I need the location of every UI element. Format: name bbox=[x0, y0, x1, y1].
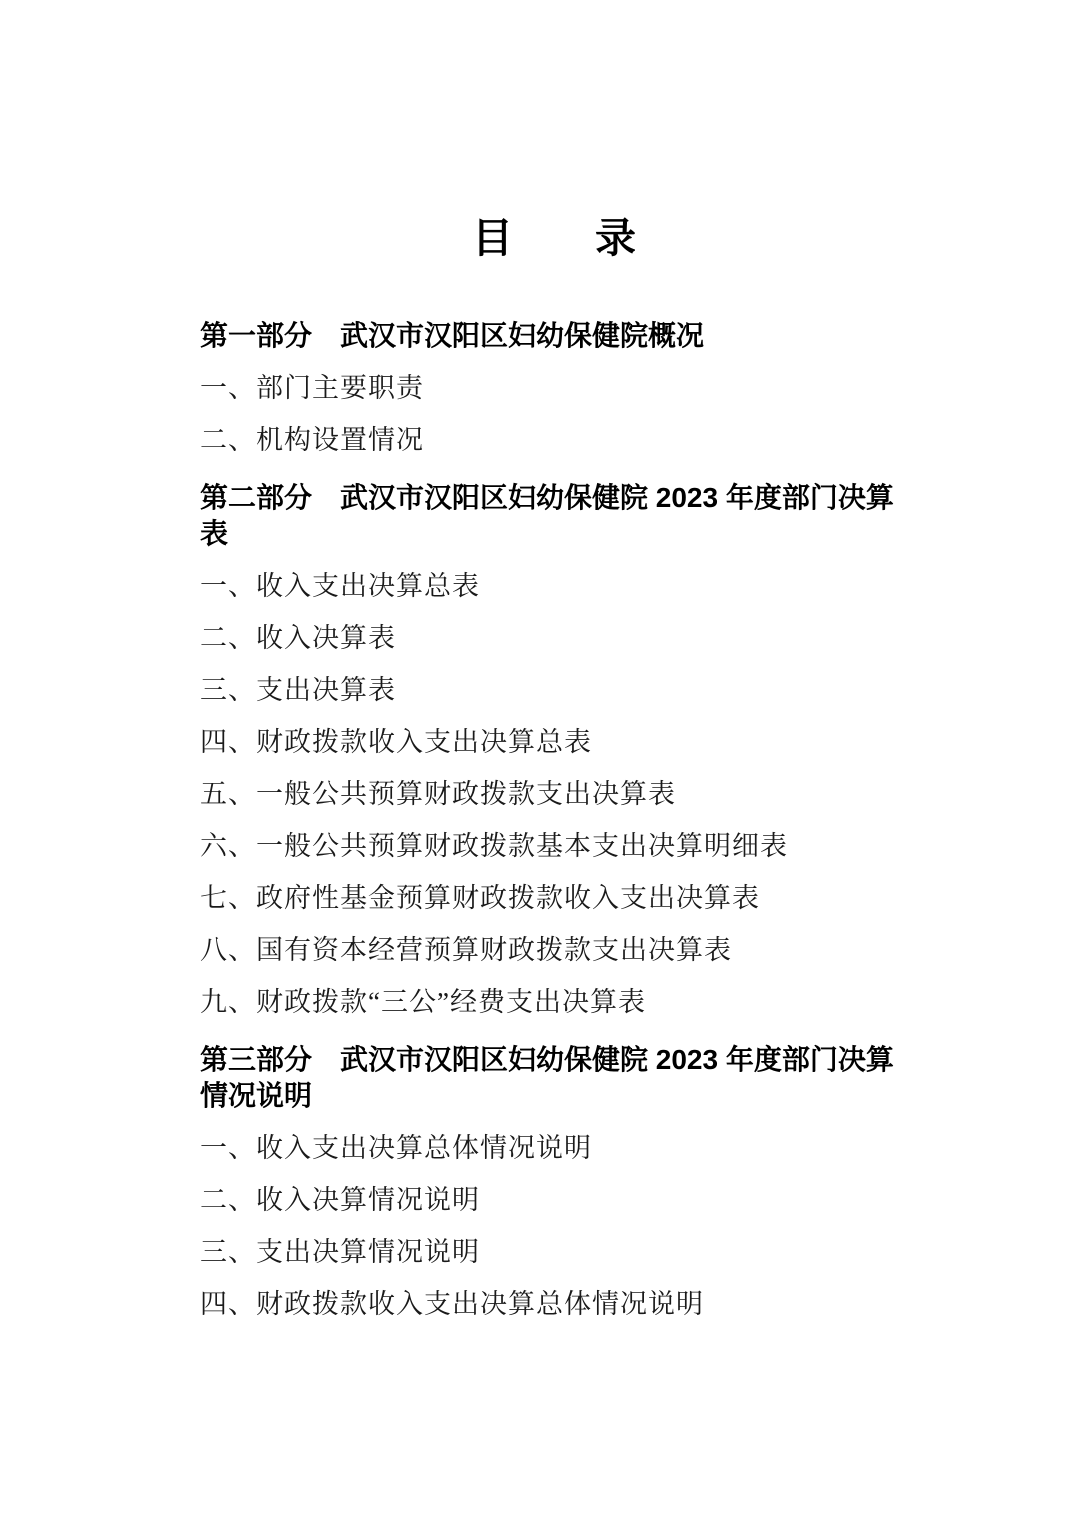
section-3-heading-line-1: 第三部分 武汉市汉阳区妇幼保健院 2023 年度部门决算 bbox=[200, 1042, 908, 1078]
section-1-heading: 第一部分 武汉市汉阳区妇幼保健院概况 bbox=[200, 318, 908, 354]
toc-item: 五、一般公共预算财政拨款支出决算表 bbox=[200, 776, 908, 812]
section-part-3: 第三部分 武汉市汉阳区妇幼保健院 2023 年度部门决算 情况说明 一、收入支出… bbox=[200, 1042, 908, 1322]
toc-item: 四、财政拨款收入支出决算总表 bbox=[200, 724, 908, 760]
toc-item: 二、收入决算表 bbox=[200, 620, 908, 656]
section-1-heading-line-1: 第一部分 武汉市汉阳区妇幼保健院概况 bbox=[200, 318, 908, 354]
section-3-heading-line-2: 情况说明 bbox=[200, 1078, 908, 1114]
section-2-heading-line-2: 表 bbox=[200, 516, 908, 552]
toc-item: 一、部门主要职责 bbox=[200, 370, 908, 406]
section-2-heading-line-1: 第二部分 武汉市汉阳区妇幼保健院 2023 年度部门决算 bbox=[200, 480, 908, 516]
toc-item: 三、支出决算情况说明 bbox=[200, 1234, 908, 1270]
document-page: 目 录 第一部分 武汉市汉阳区妇幼保健院概况 一、部门主要职责 二、机构设置情况… bbox=[0, 0, 1074, 1520]
toc-item: 二、机构设置情况 bbox=[200, 422, 908, 458]
toc-item: 八、国有资本经营预算财政拨款支出决算表 bbox=[200, 932, 908, 968]
toc-item: 四、财政拨款收入支出决算总体情况说明 bbox=[200, 1286, 908, 1322]
toc-item: 一、收入支出决算总体情况说明 bbox=[200, 1130, 908, 1166]
toc-item: 九、财政拨款“三公”经费支出决算表 bbox=[200, 984, 908, 1020]
toc-item: 六、一般公共预算财政拨款基本支出决算明细表 bbox=[200, 828, 908, 864]
toc-item: 七、政府性基金预算财政拨款收入支出决算表 bbox=[200, 880, 908, 916]
section-part-2: 第二部分 武汉市汉阳区妇幼保健院 2023 年度部门决算 表 一、收入支出决算总… bbox=[200, 480, 908, 1020]
page-title: 目 录 bbox=[200, 214, 908, 262]
section-3-heading: 第三部分 武汉市汉阳区妇幼保健院 2023 年度部门决算 情况说明 bbox=[200, 1042, 908, 1114]
toc-item: 二、收入决算情况说明 bbox=[200, 1182, 908, 1218]
toc-item: 三、支出决算表 bbox=[200, 672, 908, 708]
section-part-1: 第一部分 武汉市汉阳区妇幼保健院概况 一、部门主要职责 二、机构设置情况 bbox=[200, 318, 908, 458]
section-2-heading: 第二部分 武汉市汉阳区妇幼保健院 2023 年度部门决算 表 bbox=[200, 480, 908, 552]
toc-item: 一、收入支出决算总表 bbox=[200, 568, 908, 604]
